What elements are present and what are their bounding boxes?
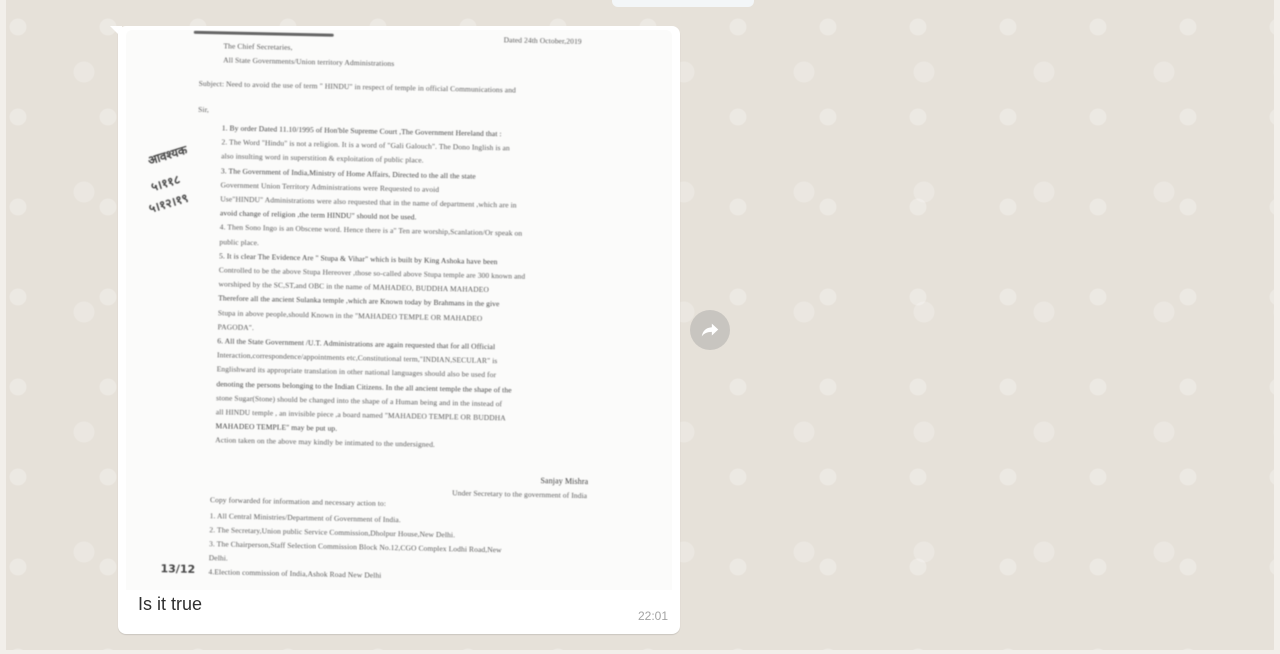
header-scribble <box>194 31 334 37</box>
document-point-line: worshiped by the SC,ST,and OBC in the na… <box>218 280 489 295</box>
date-pill <box>612 0 754 7</box>
document-point-line: denoting the persons belonging to the In… <box>216 379 511 394</box>
document-point-line: Use"HINDU" Administrations were also req… <box>220 194 517 209</box>
document-point-line: 4. Then Sono Ingo is an Obscene word. He… <box>220 223 523 238</box>
handwritten-note-1: आवश्यक <box>146 141 189 169</box>
document-point-line: all HINDU temple , an invisible piece ,a… <box>216 407 506 422</box>
signature-name: Sanjay Mishra <box>540 476 588 486</box>
document-point-line: Action taken on the above may kindly be … <box>215 436 435 450</box>
signature-title: Under Secretary to the government of Ind… <box>452 488 587 500</box>
document-point-line: Interaction,correspondence/appointments … <box>217 351 498 366</box>
document-point-line: stone Sugar(Stone) should be changed int… <box>216 393 502 408</box>
document-point-line: public place. <box>219 237 259 247</box>
document-point-line: 6. All the State Government /U.T. Admini… <box>217 336 495 351</box>
document-point-line: Therefore all the ancient Sulanka temple… <box>218 294 499 309</box>
document-to-line-1: The Chief Secretaries, <box>223 41 292 51</box>
copy-to-item: 2. The Secretary,Union public Service Co… <box>209 525 455 539</box>
copy-to-item: Delhi. <box>209 553 228 562</box>
message-timestamp: 22:01 <box>638 609 668 623</box>
copy-to-item: 3. The Chairperson,Staff Selection Commi… <box>209 539 502 554</box>
message-caption: Is it true <box>138 594 202 615</box>
document-point-line: 5. It is clear The Evidence Are " Stupa … <box>219 251 498 266</box>
document-point-line: avoid change of religion ,the term HINDU… <box>220 209 417 222</box>
window-frame-right <box>1274 0 1280 654</box>
document-point-line: Government Union Territory Administratio… <box>221 180 440 194</box>
document-to-line-2: All State Governments/Union territory Ad… <box>223 55 394 68</box>
document-point-line: 1. By order Dated 11.10/1995 of Hon'ble … <box>222 123 502 138</box>
document-point-line: PAGODA". <box>218 322 254 332</box>
document-point-line: also insulting word in superstition & ex… <box>221 152 424 165</box>
forward-arrow-icon <box>699 319 721 341</box>
document-point-line: Stupa in above people,should Known in th… <box>218 308 483 323</box>
document-point-line: Controlled to be the above Stupa Hereove… <box>219 265 526 280</box>
window-frame-bottom <box>0 650 1280 654</box>
document-point-line: MAHADEO TEMPLE" may be put up. <box>215 422 337 434</box>
window-frame-left <box>0 0 6 654</box>
document-point-line: Englishward its appropriate translation … <box>217 365 497 380</box>
copy-to-item: 4.Election commission of India,Ashok Roa… <box>208 567 381 580</box>
message-bubble[interactable]: Dated 24th October,2019 The Chief Secret… <box>118 26 680 634</box>
forward-button[interactable] <box>690 310 730 350</box>
handwritten-note-4: 13/12 <box>160 562 195 576</box>
document-scan: Dated 24th October,2019 The Chief Secret… <box>126 30 672 590</box>
document-subject: Subject: Need to avoid the use of term "… <box>199 79 516 95</box>
document-date: Dated 24th October,2019 <box>504 35 582 46</box>
document-point-line: 2. The Word "Hindu" is not a religion. I… <box>221 138 510 153</box>
document-point-line: 3. The Government of India,Ministry of H… <box>221 166 476 180</box>
document-salutation: Sir, <box>198 105 209 114</box>
copy-to-intro: Copy forwarded for information and neces… <box>210 495 386 508</box>
image-attachment[interactable]: Dated 24th October,2019 The Chief Secret… <box>126 30 672 590</box>
copy-to-item: 1. All Central Ministries/Department of … <box>210 511 401 524</box>
